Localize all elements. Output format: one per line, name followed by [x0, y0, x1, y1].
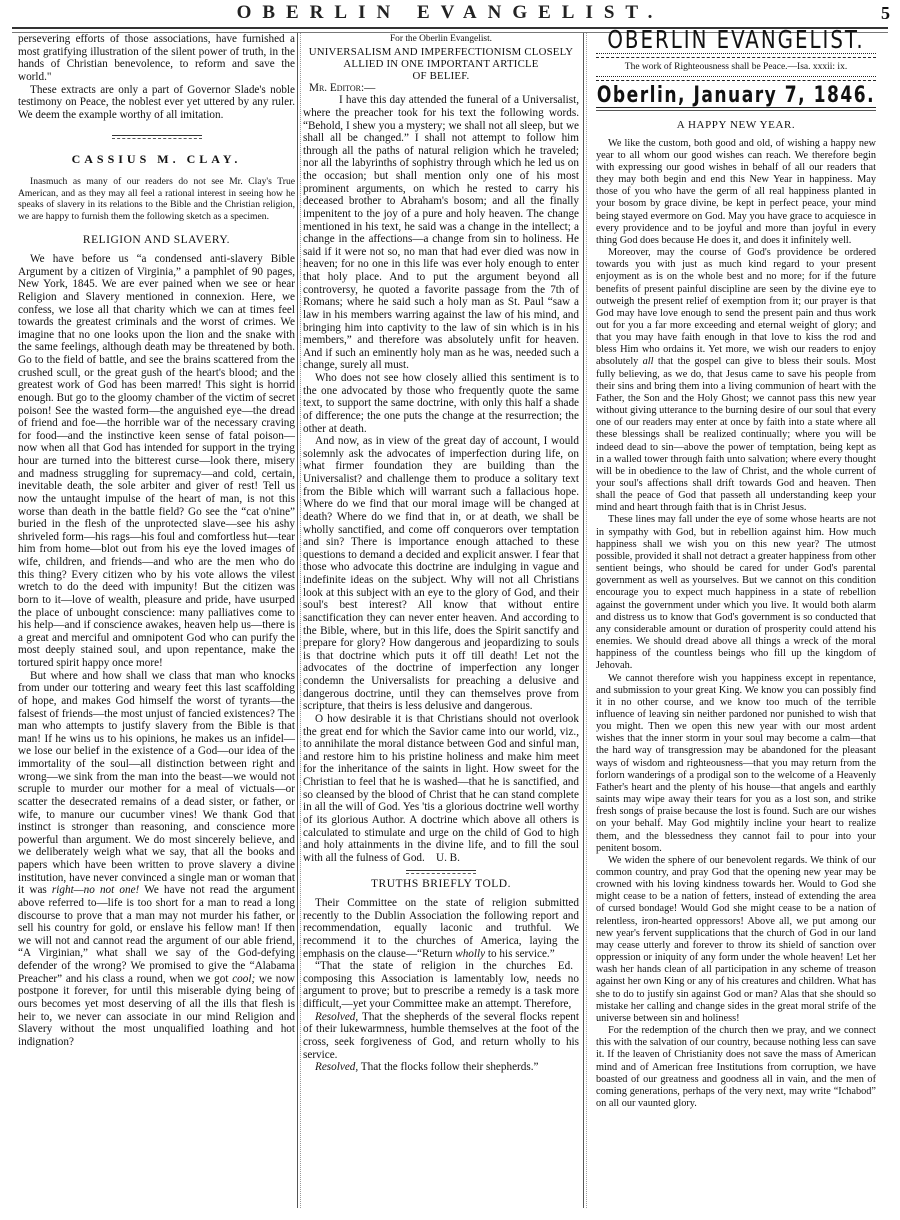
resolution: Resolved, That the shepherds of the seve… [303, 1011, 579, 1062]
article-paragraph: We have before us “a condensed anti-slav… [18, 253, 295, 670]
emphasis-run: all [643, 356, 654, 367]
quoted-report: “That the state of religion in the churc… [303, 960, 579, 1011]
column-left: persevering efforts of those association… [18, 33, 295, 1048]
article-title-line: OF BELIEF. [303, 70, 579, 82]
section-heading: CASSIUS M. CLAY. [18, 153, 295, 166]
column-divider [583, 33, 587, 1208]
paper-title: OBERLIN EVANGELIST. [596, 34, 876, 48]
editor-signature: Ed. [546, 960, 579, 973]
resolution: Resolved, That the flocks follow their s… [303, 1061, 579, 1074]
dateline: Oberlin, January 7, 1846. [596, 88, 876, 102]
section-intro: Inasmuch as many of our readers do not s… [18, 176, 295, 222]
text-run: Moreover, may the course of God's provid… [596, 247, 876, 367]
masthead-title: OBERLIN EVANGELIST. [0, 2, 900, 24]
text-run: That the flocks follow their shepherds.” [358, 1061, 538, 1073]
article-paragraph: Moreover, may the course of God's provid… [596, 247, 876, 514]
emphasis-run: cool; [232, 973, 255, 985]
emphasis-run: wholly [455, 948, 485, 960]
article-paragraph: We widen the sphere of our benevolent re… [596, 855, 876, 1025]
column-right: OBERLIN EVANGELIST. The work of Righteou… [596, 33, 876, 1110]
page-number: 5 [881, 3, 890, 24]
extracts-paragraph: These extracts are only a part of Govern… [18, 84, 295, 122]
continued-paragraph: persevering efforts of those association… [18, 33, 295, 84]
article-paragraph: I have this day attended the funeral of … [303, 94, 579, 372]
article-paragraph: But where and how shall we class that ma… [18, 670, 295, 1049]
signature: U. B. [436, 852, 460, 864]
section-ornament [112, 135, 202, 139]
emphasis-run: right—no not one! [52, 884, 139, 896]
column-divider [297, 33, 301, 1208]
article-paragraph: These lines may fall under the eye of so… [596, 514, 876, 672]
article-paragraph: For the redemption of the church then we… [596, 1025, 876, 1110]
text-run: that the gospel can give to bless their … [596, 356, 876, 513]
article-paragraph: We like the custom, both good and old, o… [596, 138, 876, 247]
text-run: O how desirable it is that Christians sh… [303, 713, 579, 864]
article-byline: For the Oberlin Evangelist. [303, 33, 579, 46]
article-paragraph: And now, as in view of the great day of … [303, 435, 579, 713]
article-paragraph: O how desirable it is that Christians sh… [303, 713, 579, 865]
text-run: to his service.” [485, 948, 555, 960]
article-paragraph: Who does not see how closely allied this… [303, 372, 579, 435]
article-heading: TRUTHS BRIEFLY TOLD. [303, 878, 579, 891]
text-run: We have not read the argument above refe… [18, 884, 295, 984]
ornamental-rule [596, 76, 876, 81]
article-title-line: ALLIED IN ONE IMPORTANT ARTICLE [303, 58, 579, 70]
section-ornament [406, 870, 476, 874]
article-paragraph: We cannot therefore wish you happiness e… [596, 673, 876, 855]
article-heading: RELIGION AND SLAVERY. [18, 234, 295, 247]
salutation: Mr. Editor:— [303, 82, 579, 95]
column-middle: For the Oberlin Evangelist. UNIVERSALISM… [303, 33, 579, 1074]
motto: The work of Righteousness shall be Peace… [596, 61, 876, 73]
article-paragraph: Their Committee on the state of religion… [303, 897, 579, 960]
dateline-rule [596, 107, 876, 111]
text-run: But where and how shall we class that ma… [18, 670, 295, 897]
article-heading: A HAPPY NEW YEAR. [596, 119, 876, 131]
emphasis-run: Resolved, [315, 1061, 358, 1073]
emphasis-run: Resolved, [315, 1011, 358, 1023]
article-title-line: UNIVERSALISM AND IMPERFECTIONISM CLOSELY [303, 46, 579, 58]
